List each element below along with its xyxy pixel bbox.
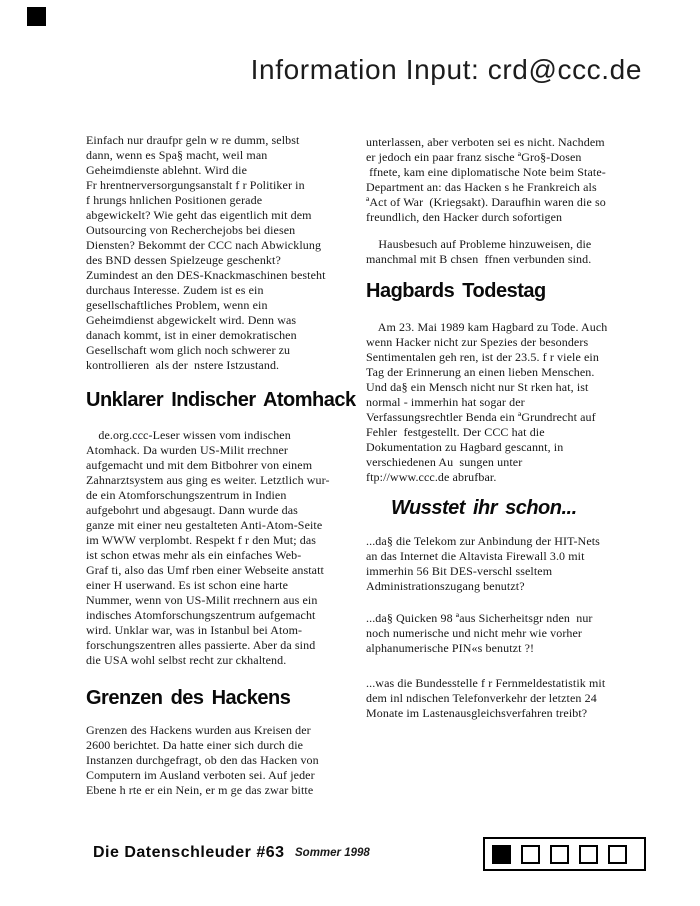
issue-box-empty bbox=[550, 845, 569, 864]
issue-checkbox-row bbox=[483, 837, 646, 871]
heading-wusstet-ihr-schon: Wusstet ihr schon... bbox=[391, 497, 650, 519]
heading-grenzen-des-hackens: Grenzen des Hackens bbox=[86, 687, 362, 709]
right-paragraph-hausbesuch: Hausbesuch auf Probleme hinzuweisen, die… bbox=[366, 237, 650, 267]
issue-box-empty bbox=[521, 845, 540, 864]
right-column: unterlassen, aber verboten sei es nicht.… bbox=[366, 135, 650, 721]
right-paragraph-bundesstelle: ...was die Bundesstelle f r Fernmeldesta… bbox=[366, 676, 650, 721]
page-title: Information Input: crd@ccc.de bbox=[251, 54, 642, 86]
left-paragraph-atomhack: de.org.ccc-Leser wissen vom indischen At… bbox=[86, 428, 362, 668]
issue-box-empty bbox=[608, 845, 627, 864]
magazine-page: Information Input: crd@ccc.de Einfach nu… bbox=[0, 0, 700, 906]
right-paragraph-continuation: unterlassen, aber verboten sei es nicht.… bbox=[366, 135, 650, 225]
right-paragraph-quicken: ...da§ Quicken 98 ªaus Sicherheitsgr nde… bbox=[366, 611, 650, 656]
heading-unklarer-indischer-atomhack: Unklarer Indischer Atomhack bbox=[86, 389, 362, 411]
right-paragraph-telekom: ...da§ die Telekom zur Anbindung der HIT… bbox=[366, 534, 650, 594]
footer-publication-title: Die Datenschleuder #63 bbox=[93, 844, 285, 862]
issue-box-filled bbox=[492, 845, 511, 864]
left-column: Einfach nur draufpr geln w re dumm, selb… bbox=[86, 133, 362, 798]
heading-hagbards-todestag: Hagbards Todestag bbox=[366, 280, 650, 302]
issue-box-empty bbox=[579, 845, 598, 864]
registration-mark-square bbox=[27, 7, 46, 26]
footer-issue-date: Sommer 1998 bbox=[295, 847, 370, 859]
right-paragraph-hagbard: Am 23. Mai 1989 kam Hagbard zu Tode. Auc… bbox=[366, 320, 650, 485]
left-paragraph-grenzen: Grenzen des Hackens wurden aus Kreisen d… bbox=[86, 723, 362, 798]
left-paragraph-intro: Einfach nur draufpr geln w re dumm, selb… bbox=[86, 133, 362, 373]
